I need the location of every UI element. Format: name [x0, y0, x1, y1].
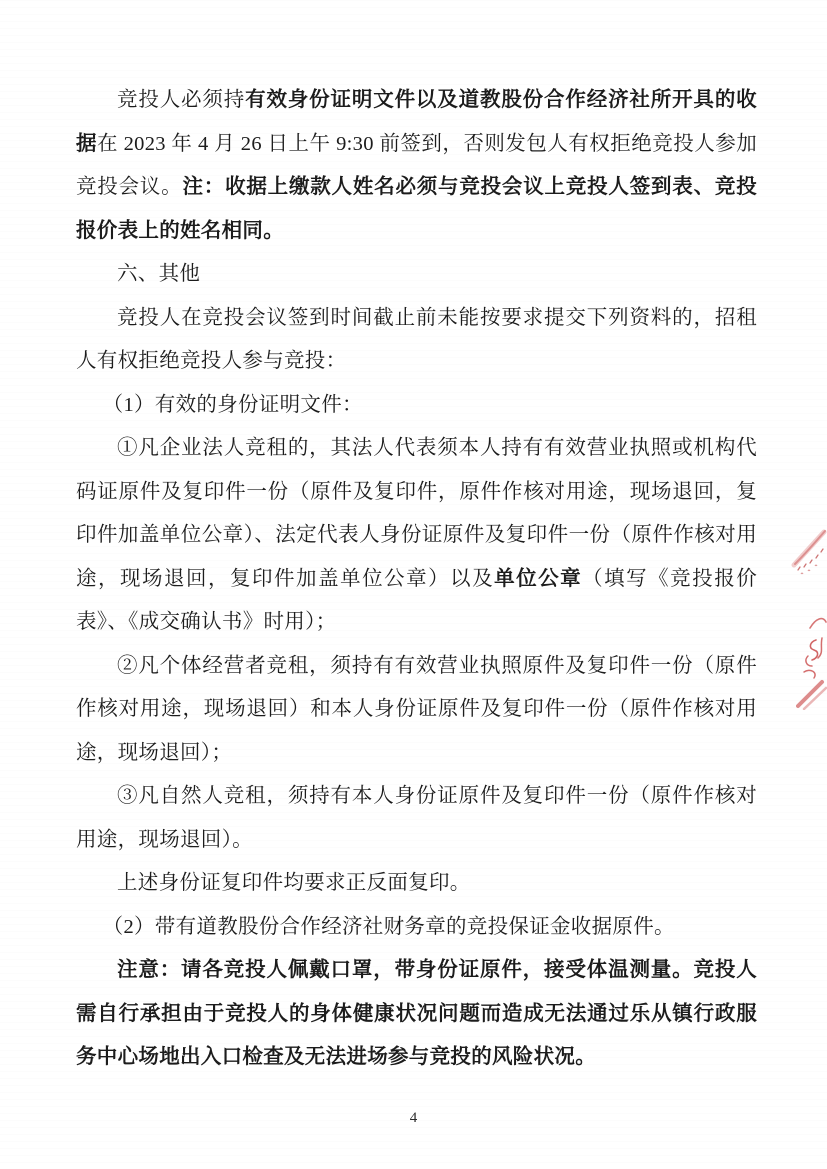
text-run: ②凡个体经营者竞租，须持有有效营业执照原件及复印件一份（原件作核对用途，现场退回… — [76, 655, 757, 764]
text-run: 上述身份证复印件均要求正反面复印。 — [117, 872, 471, 894]
paragraph-item-1-3-natural-person: ③凡自然人竞租，须持有本人身份证原件及复印件一份（原件作核对用途，现场退回）。 — [76, 775, 757, 862]
paragraph-id-copy-note: 上述身份证复印件均要求正反面复印。 — [76, 862, 757, 906]
text-run-bold: 注意：请各竞投人佩戴口罩，带身份证原件，接受体温测量。竞投人需自行承担由于竞投人… — [76, 959, 757, 1068]
text-run: 六、其他 — [117, 263, 200, 285]
red-seal-fragment-lower-icon — [796, 610, 827, 710]
text-run: 竞投人在竞投会议签到时间截止前未能按要求提交下列资料的，招租人有权拒绝竞投人参与… — [76, 307, 757, 373]
text-run-bold: 单位公章 — [494, 568, 582, 590]
page-number: 4 — [0, 1110, 827, 1127]
text-run: 竞投人必须持 — [117, 89, 245, 111]
paragraph-notice-covid: 注意：请各竞投人佩戴口罩，带身份证原件，接受体温测量。竞投人需自行承担由于竞投人… — [76, 949, 757, 1080]
paragraph-submission-requirement: 竞投人在竞投会议签到时间截止前未能按要求提交下列资料的，招租人有权拒绝竞投人参与… — [76, 297, 757, 384]
document-page: 竞投人必须持有效身份证明文件以及道教股份合作经济社所开具的收据在 2023 年 … — [0, 0, 827, 1169]
paragraph-item-1-valid-id: （1）有效的身份证明文件： — [76, 384, 757, 428]
paragraph-item-2-deposit-receipt: （2）带有道教股份合作经济社财务章的竞投保证金收据原件。 — [76, 906, 757, 950]
red-seal-fragment-upper-icon — [791, 520, 827, 580]
text-run: （2）带有道教股份合作经济社财务章的竞投保证金收据原件。 — [103, 916, 675, 938]
heading-section-six: 六、其他 — [76, 253, 757, 297]
paragraph-signin-requirement: 竞投人必须持有效身份证明文件以及道教股份合作经济社所开具的收据在 2023 年 … — [76, 79, 757, 253]
paragraph-item-1-2-individual-business: ②凡个体经营者竞租，须持有有效营业执照原件及复印件一份（原件作核对用途，现场退回… — [76, 645, 757, 776]
paragraph-item-1-1-enterprise: ①凡企业法人竞租的，其法人代表须本人持有有效营业执照或机构代码证原件及复印件一份… — [76, 427, 757, 645]
document-body: 竞投人必须持有效身份证明文件以及道教股份合作经济社所开具的收据在 2023 年 … — [76, 79, 757, 1080]
text-run: （1）有效的身份证明文件： — [103, 394, 363, 416]
text-run: ③凡自然人竞租，须持有本人身份证原件及复印件一份（原件作核对用途，现场退回）。 — [76, 785, 757, 851]
